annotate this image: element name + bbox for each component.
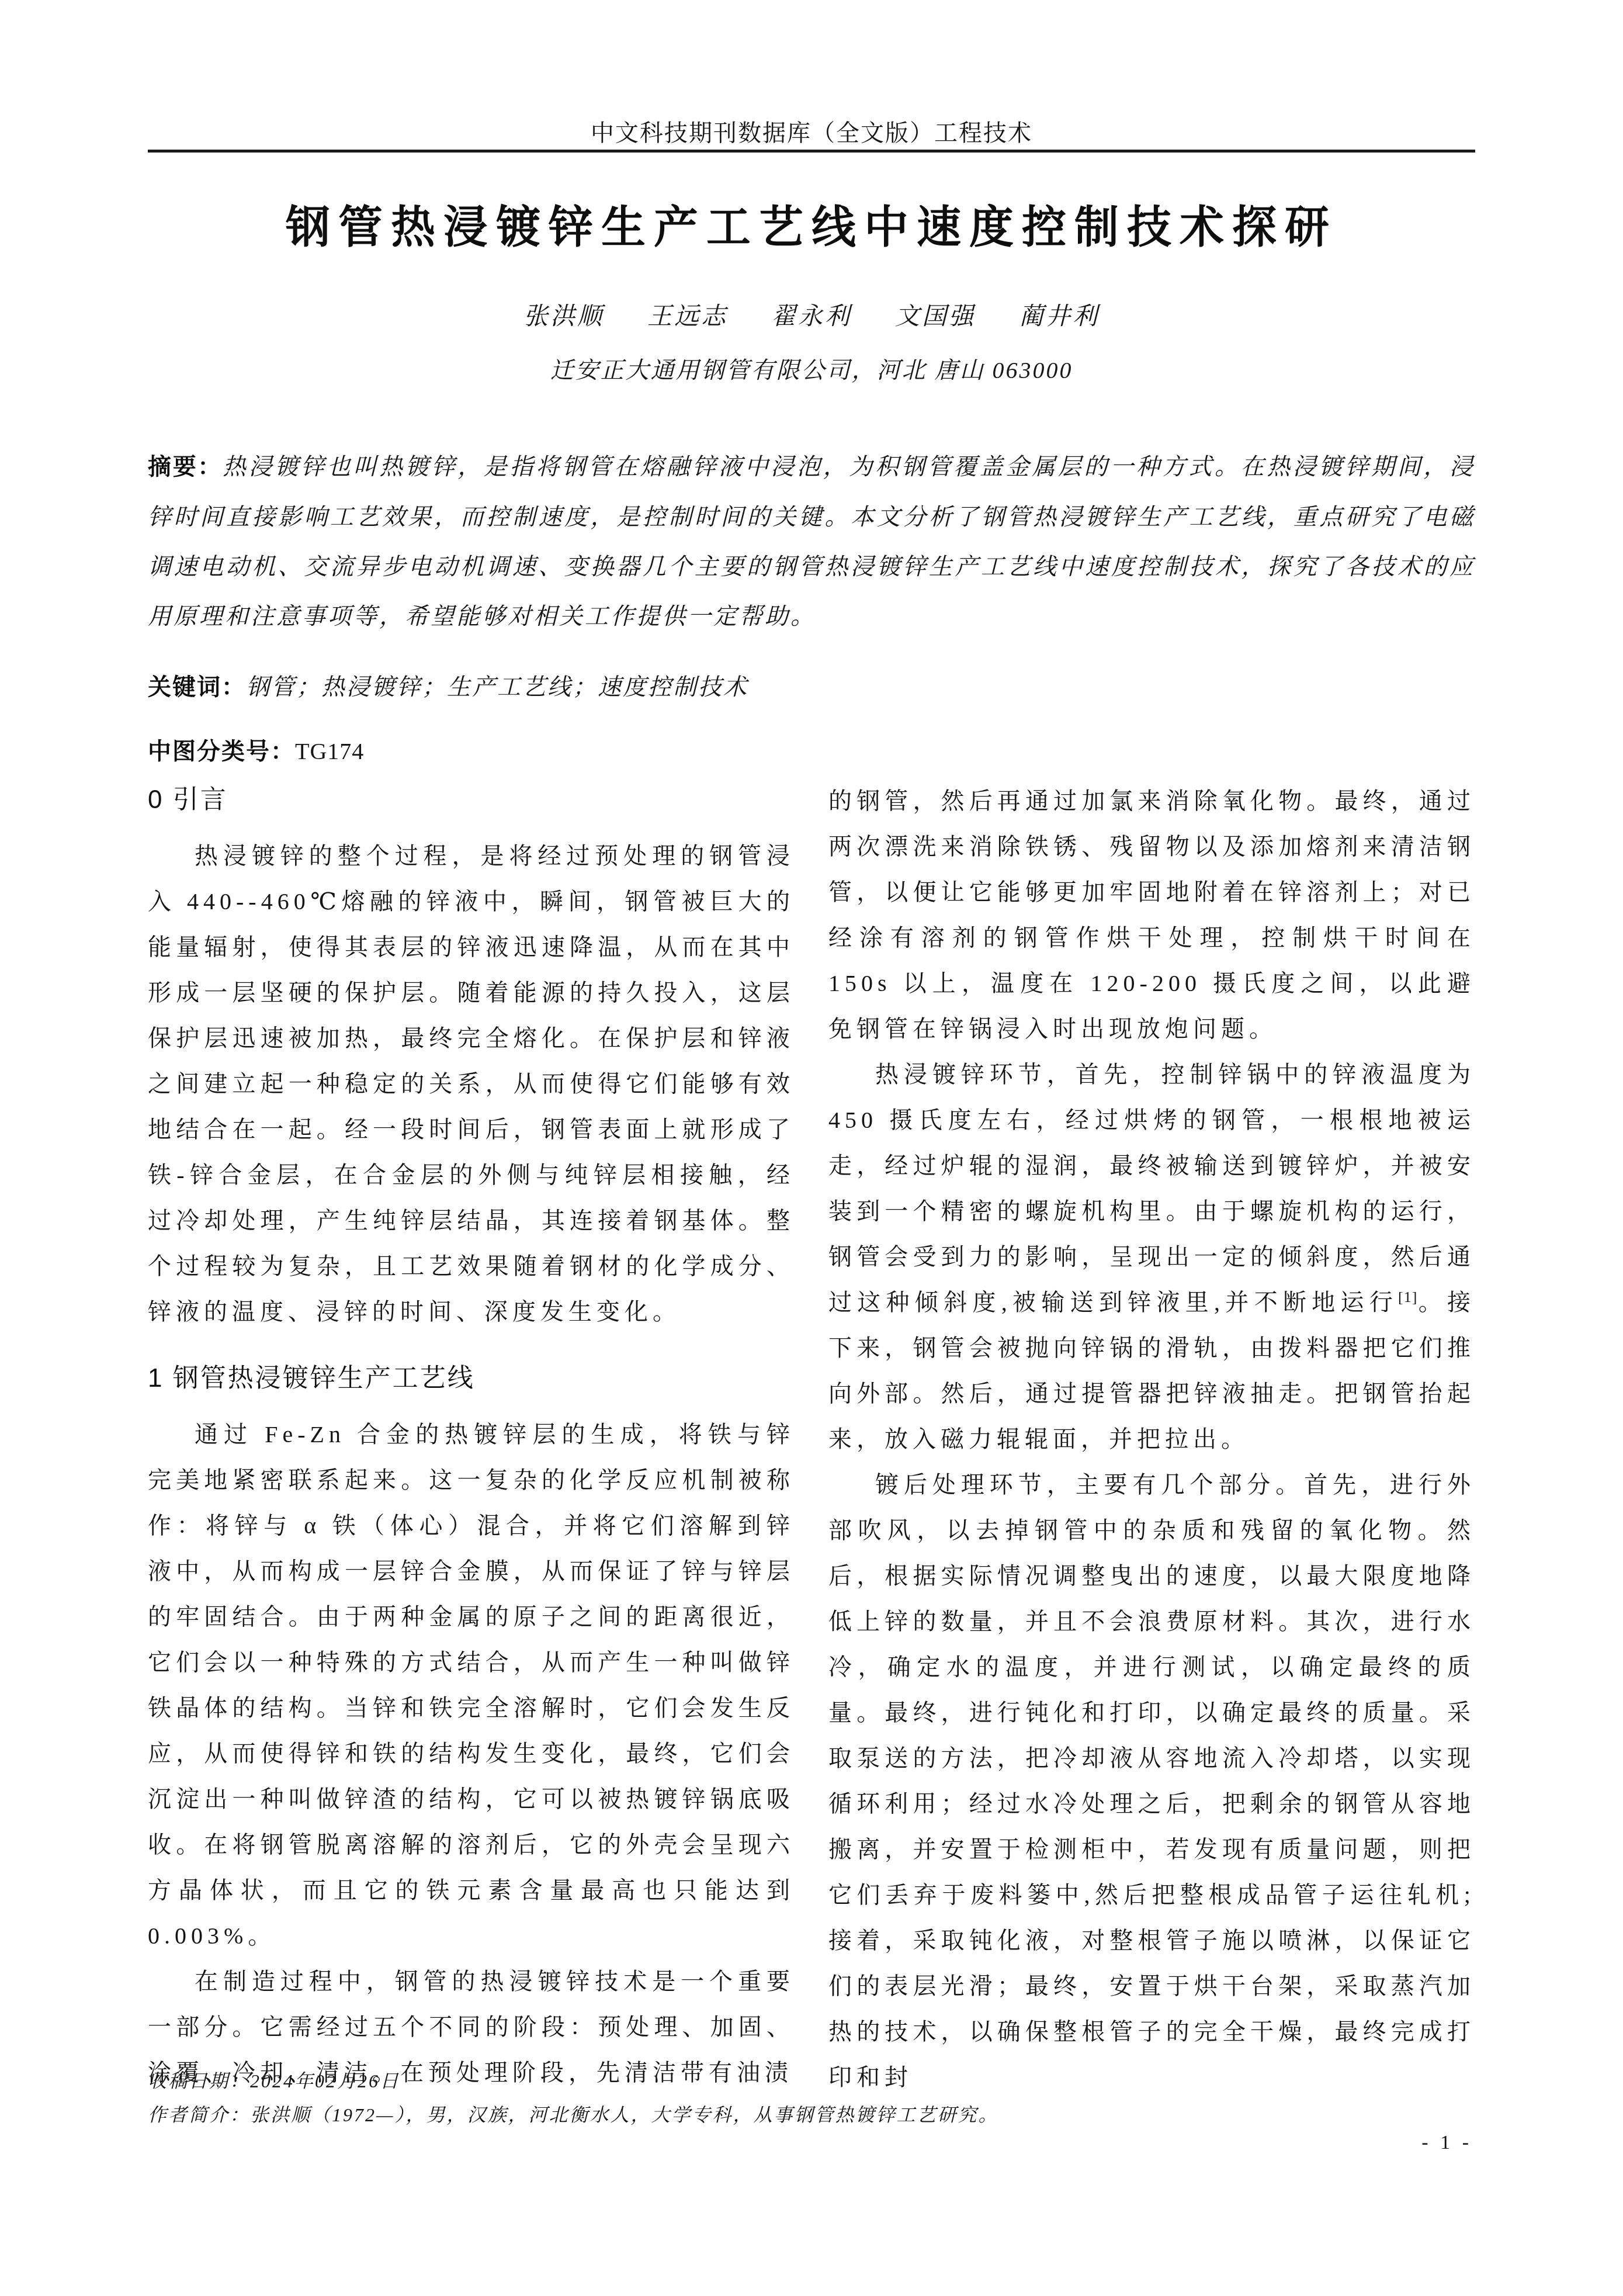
author-name: 文国强 [895,297,976,332]
received-date-line: 收稿日期：2024年02月26日 [148,2064,1475,2098]
keywords-line: 关键词：钢管；热浸镀锌；生产工艺线；速度控制技术 [148,669,1475,705]
clc-label: 中图分类号： [148,739,295,764]
paper-page: 中文科技期刊数据库（全文版）工程技术 钢管热浸镀锌生产工艺线中速度控制技术探研 … [0,0,1623,2296]
body-columns: 0 引言 热浸镀锌的整个过程，是将经过预处理的钢管浸入 440--460℃熔融的… [148,778,1475,2100]
keywords-label: 关键词： [148,674,246,700]
header-divider [148,150,1475,153]
body-paragraph-post-treatment: 镀后处理环节，主要有几个部分。首先，进行外部吹风，以去掉钢管中的杂质和残留的氧化… [828,1462,1475,2100]
keywords-text: 钢管；热浸镀锌；生产工艺线；速度控制技术 [246,674,748,700]
journal-header: 中文科技期刊数据库（全文版）工程技术 [148,115,1475,148]
citation-superscript: [1] [1398,1289,1417,1305]
author-bio-line: 作者简介：张洪顺（1972—），男，汉族，河北衡水人，大学专科，从事钢管热镀锌工… [148,2098,1475,2132]
authors-row: 张洪顺 王远志 翟永利 文国强 蔺井利 [148,297,1475,332]
section-0-paragraph: 热浸镀锌的整个过程，是将经过预处理的钢管浸入 440--460℃熔融的锌液中，瞬… [148,833,795,1335]
abstract-text: 热浸镀锌也叫热镀锌，是指将钢管在熔融锌液中浸泡，为积钢管覆盖金属层的一种方式。在… [148,453,1475,629]
clc-line: 中图分类号：TG174 [148,733,1475,770]
meta-block: 摘要：热浸镀锌也叫热镀锌，是指将钢管在熔融锌液中浸泡，为积钢管覆盖金属层的一种方… [148,442,1475,770]
clc-value: TG174 [295,738,364,764]
author-bio-text: 张洪顺（1972—），男，汉族，河北衡水人，大学专科，从事钢管热镀锌工艺研究。 [250,2104,998,2125]
paragraph-text: 热浸镀锌环节，首先，控制锌锅中的锌液温度为 450 摄氏度左右，经过烘烤的钢管，… [828,1061,1475,1315]
body-paragraph-continuation: 的钢管，然后再通过加氯来消除氧化物。最终，通过两次漂洗来消除铁锈、残留物以及添加… [828,778,1475,1052]
author-bio-label: 作者简介： [148,2104,250,2125]
author-name: 翟永利 [771,297,852,332]
left-column: 0 引言 热浸镀锌的整个过程，是将经过预处理的钢管浸入 440--460℃熔融的… [148,778,795,2100]
section-1-paragraph-1: 通过 Fe-Zn 合金的热镀锌层的生成，将铁与锌完美地紧密联系起来。这一复杂的化… [148,1412,795,1959]
right-column: 的钢管，然后再通过加氯来消除氧化物。最终，通过两次漂洗来消除铁锈、残留物以及添加… [828,778,1475,2100]
received-date-value: 2024年02月26日 [250,2070,400,2091]
body-paragraph-galvanizing: 热浸镀锌环节，首先，控制锌锅中的锌液温度为 450 摄氏度左右，经过烘烤的钢管，… [828,1052,1475,1462]
abstract-paragraph: 摘要：热浸镀锌也叫热镀锌，是指将钢管在熔融锌液中浸泡，为积钢管覆盖金属层的一种方… [148,442,1475,641]
section-0-heading: 0 引言 [148,778,795,816]
abstract-label: 摘要： [148,454,223,480]
received-date-label: 收稿日期： [148,2070,250,2091]
affiliation: 迁安正大通用钢管有限公司，河北 唐山 063000 [148,352,1475,385]
author-name: 蔺井利 [1019,297,1100,332]
paper-title: 钢管热浸镀锌生产工艺线中速度控制技术探研 [148,192,1475,255]
author-name: 张洪顺 [523,297,604,332]
footer-block: 收稿日期：2024年02月26日 作者简介：张洪顺（1972—），男，汉族，河北… [148,2064,1475,2132]
author-name: 王远志 [647,297,728,332]
section-1-heading: 1 钢管热浸镀锌生产工艺线 [148,1357,795,1394]
page-number: - 1 - [1421,2132,1472,2154]
